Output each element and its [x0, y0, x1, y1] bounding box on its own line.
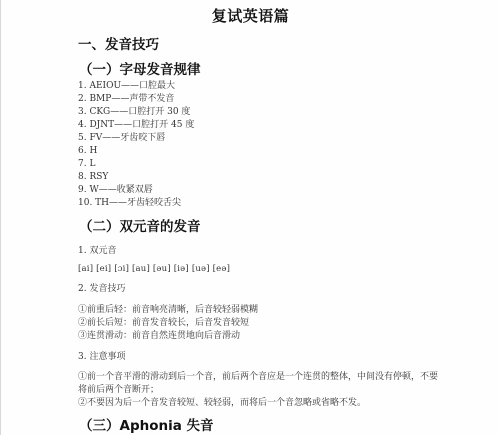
- technique-item: ②前长后短：前音发音较长，后音发音较短: [78, 317, 249, 329]
- technique-item: ①前重后轻：前音响亮清晰，后音较轻弱模糊: [78, 304, 258, 316]
- note-line: 将前后两个音断开；: [78, 384, 159, 396]
- part-label-notes: 3. 注意事项: [78, 351, 125, 363]
- list-item: 2. BMP——声带不发音: [78, 93, 174, 105]
- document-title: 复试英语篇: [1, 5, 499, 26]
- document-page: 复试英语篇 一、发音技巧 （一）字母发音规律 1. AEIOU——口腔最大 2.…: [0, 0, 499, 435]
- list-item: 9. W——收紧双唇: [78, 184, 153, 196]
- list-item: 8. RSY: [78, 171, 108, 183]
- list-item: 4. DJNT——口腔打开 45 度: [78, 119, 194, 131]
- section-heading-pronunciation: 一、发音技巧: [78, 33, 159, 53]
- list-item: 5. FV——牙齿咬下唇: [78, 132, 165, 144]
- technique-item: ③连贯滑动：前音自然连贯地向后音滑动: [78, 330, 240, 342]
- subsection-heading-aphonia: （三）Aphonia 失音: [79, 414, 214, 434]
- list-item: 10. TH——牙齿轻咬舌尖: [78, 197, 181, 209]
- list-item: 7. L: [78, 158, 95, 170]
- note-line: ①前一个音平滑的滑动到后一个音，前后两个音应是一个连贯的整体，中间没有停顿，不要: [78, 371, 438, 383]
- subsection-heading-diphthongs: （二）双元音的发音: [79, 215, 201, 235]
- list-item: 6. H: [78, 145, 97, 157]
- list-item: 3. CKG——口腔打开 30 度: [78, 106, 190, 118]
- part-label-diphthongs: 1. 双元音: [78, 245, 116, 257]
- list-item: 1. AEIOU——口腔最大: [78, 80, 175, 92]
- phonetic-symbols: [ai] [ei] [ɔi] [au] [əu] [iə] [uə] [eə]: [78, 264, 230, 274]
- subsection-heading-letter-rules: （一）字母发音规律: [79, 58, 201, 78]
- note-line: ②不要因为后一个音发音较短、较轻弱，而将后一个音忽略或省略不发。: [78, 397, 366, 409]
- part-label-techniques: 2. 发音技巧: [78, 283, 125, 295]
